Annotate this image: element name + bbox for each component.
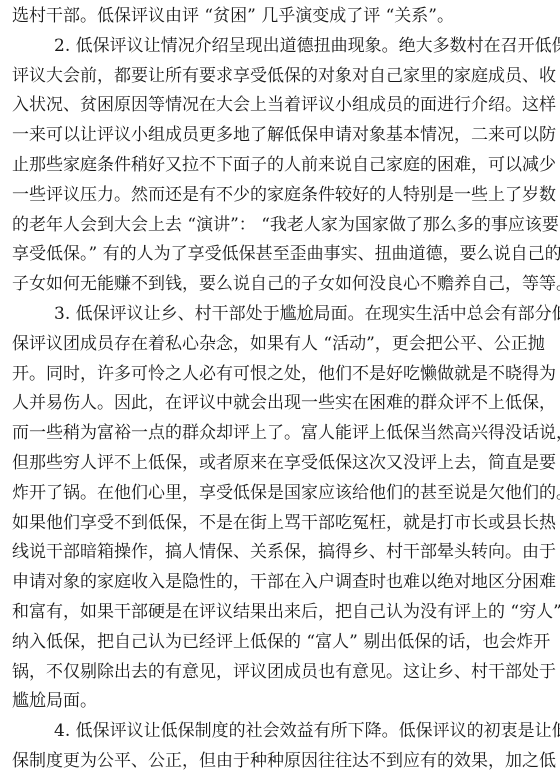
- text-line: 炸开了锅。在他们心里，享受低保是国家应该给他们的甚至说是欠他们的。: [12, 479, 542, 509]
- text-line: 评议大会前，都要让所有要求享受低保的对象对自己家里的家庭成员、收: [12, 62, 542, 92]
- text-line: 入状况、贫困原因等情况在大会上当着评议小组成员的面进行介绍。这样: [12, 91, 542, 121]
- text-line: 纳入低保，把自己认为已经评上低保的 “富人” 剔出低保的话，也会炸开: [12, 628, 542, 658]
- text-line: 享受低保。” 有的人为了享受低保甚至歪曲事实、扭曲道德，要么说自己的: [12, 240, 542, 270]
- text-line: 保制度更为公平、公正，但由于种种原因往往达不到应有的效果，加之低: [12, 747, 542, 777]
- text-line: 的老年人会到大会上去 “演讲”： “我老人家为国家做了那么多的事应该要: [12, 211, 542, 241]
- text-line: 线说干部暗箱操作，搞人情保、关系保，搞得乡、村干部晕头转向。由于: [12, 538, 542, 568]
- paragraph-4-first-line: 4. 低保评议让低保制度的社会效益有所下降。低保评议的初衷是让低: [12, 717, 542, 747]
- text-line: 一来可以让评议小组成员更多地了解低保申请对象基本情况，二来可以防: [12, 121, 542, 151]
- text-line: 止那些家庭条件稍好又拉不下面子的人前来说自己家庭的困难，可以减少: [12, 151, 542, 181]
- text-line: 一些评议压力。然而还是有不少的家庭条件较好的人特别是一些上了岁数: [12, 181, 542, 211]
- text-line: 尴尬局面。: [12, 687, 542, 717]
- text-line: 而一些稍为富裕一点的群众却评上了。富人能评上低保当然高兴得没话说，: [12, 419, 542, 449]
- text-line: 锅，不仅剔除出去的有意见，评议团成员也有意见。这让乡、村干部处于: [12, 658, 542, 688]
- paragraph-2-first-line: 2. 低保评议让情况介绍呈现出道德扭曲现象。绝大多数村在召开低保: [12, 32, 542, 62]
- text-line: 选村干部。低保评议由评 “贫困” 几乎演变成了评 “关系”。: [12, 2, 542, 32]
- text-line: 开。同时，许多可怜之人必有可恨之处，他们不是好吃懒做就是不晓得为: [12, 360, 542, 390]
- text-line: 如果他们享受不到低保，不是在街上骂干部吃冤枉，就是打市长或县长热: [12, 509, 542, 539]
- document-page: 选村干部。低保评议由评 “贫困” 几乎演变成了评 “关系”。 2. 低保评议让情…: [12, 2, 542, 777]
- text-line: 人并易伤人。因此，在评议中就会出现一些实在困难的群众评不上低保，: [12, 389, 542, 419]
- text-line: 子女如何无能赚不到钱，要么说自己的子女如何没良心不赡养自己，等等。: [12, 270, 542, 300]
- text-line: 和富有，如果干部硬是在评议结果出来后，把自己认为没有评上的 “穷人”: [12, 598, 542, 628]
- text-line: 申请对象的家庭收入是隐性的，干部在入户调查时也难以绝对地区分困难: [12, 568, 542, 598]
- paragraph-3-first-line: 3. 低保评议让乡、村干部处于尴尬局面。在现实生活中总会有部分低: [12, 300, 542, 330]
- text-line: 但那些穷人评不上低保，或者原来在享受低保这次又没评上去，简直是要: [12, 449, 542, 479]
- text-line: 保评议团成员存在着私心杂念，如果有人 “活动”，更会把公平、公正抛: [12, 330, 542, 360]
